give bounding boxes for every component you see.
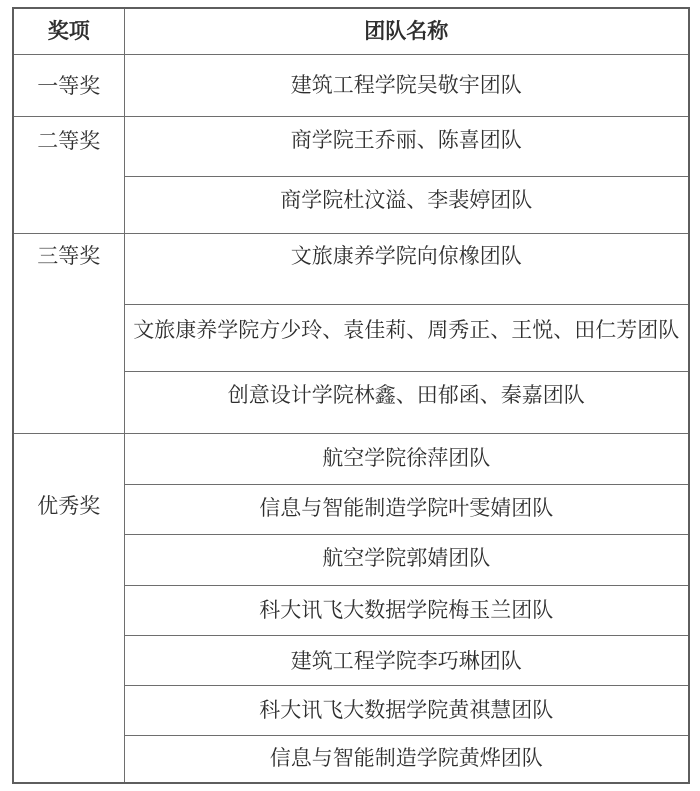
award-cell-first-prize: 一等奖 [13, 54, 124, 116]
award-cell-excellence-award: 优秀奖 [13, 433, 124, 783]
award-table-page: 奖项 团队名称 一等奖建筑工程学院吴敬宇团队二等奖商学院王乔丽、陈喜团队商学院杜… [0, 0, 700, 791]
team-cell: 航空学院郭婧团队 [124, 534, 689, 585]
team-cell: 科大讯飞大数据学院梅玉兰团队 [124, 585, 689, 635]
award-table: 奖项 团队名称 一等奖建筑工程学院吴敬宇团队二等奖商学院王乔丽、陈喜团队商学院杜… [12, 7, 690, 784]
team-cell: 商学院王乔丽、陈喜团队 [124, 116, 689, 176]
team-cell: 建筑工程学院李巧琳团队 [124, 635, 689, 685]
team-cell: 创意设计学院林鑫、田郁函、秦嘉团队 [124, 371, 689, 433]
award-table-body: 一等奖建筑工程学院吴敬宇团队二等奖商学院王乔丽、陈喜团队商学院杜汶溢、李裴婷团队… [13, 54, 689, 783]
table-row: 二等奖商学院王乔丽、陈喜团队 [13, 116, 689, 176]
header-cell-team-name: 团队名称 [124, 8, 689, 54]
team-cell: 信息与智能制造学院黄烨团队 [124, 735, 689, 783]
header-row: 奖项 团队名称 [13, 8, 689, 54]
table-row: 一等奖建筑工程学院吴敬宇团队 [13, 54, 689, 116]
team-cell: 科大讯飞大数据学院黄祺慧团队 [124, 685, 689, 735]
award-cell-second-prize: 二等奖 [13, 116, 124, 233]
table-row: 优秀奖航空学院徐萍团队 [13, 433, 689, 484]
team-cell: 航空学院徐萍团队 [124, 433, 689, 484]
team-cell: 文旅康养学院方少玲、袁佳莉、周秀正、王悦、田仁芳团队 [124, 304, 689, 371]
award-cell-third-prize: 三等奖 [13, 233, 124, 433]
header-cell-award: 奖项 [13, 8, 124, 54]
team-cell: 文旅康养学院向倞橡团队 [124, 233, 689, 304]
team-cell: 信息与智能制造学院叶雯婧团队 [124, 484, 689, 534]
table-row: 三等奖文旅康养学院向倞橡团队 [13, 233, 689, 304]
team-cell: 建筑工程学院吴敬宇团队 [124, 54, 689, 116]
team-cell: 商学院杜汶溢、李裴婷团队 [124, 176, 689, 233]
